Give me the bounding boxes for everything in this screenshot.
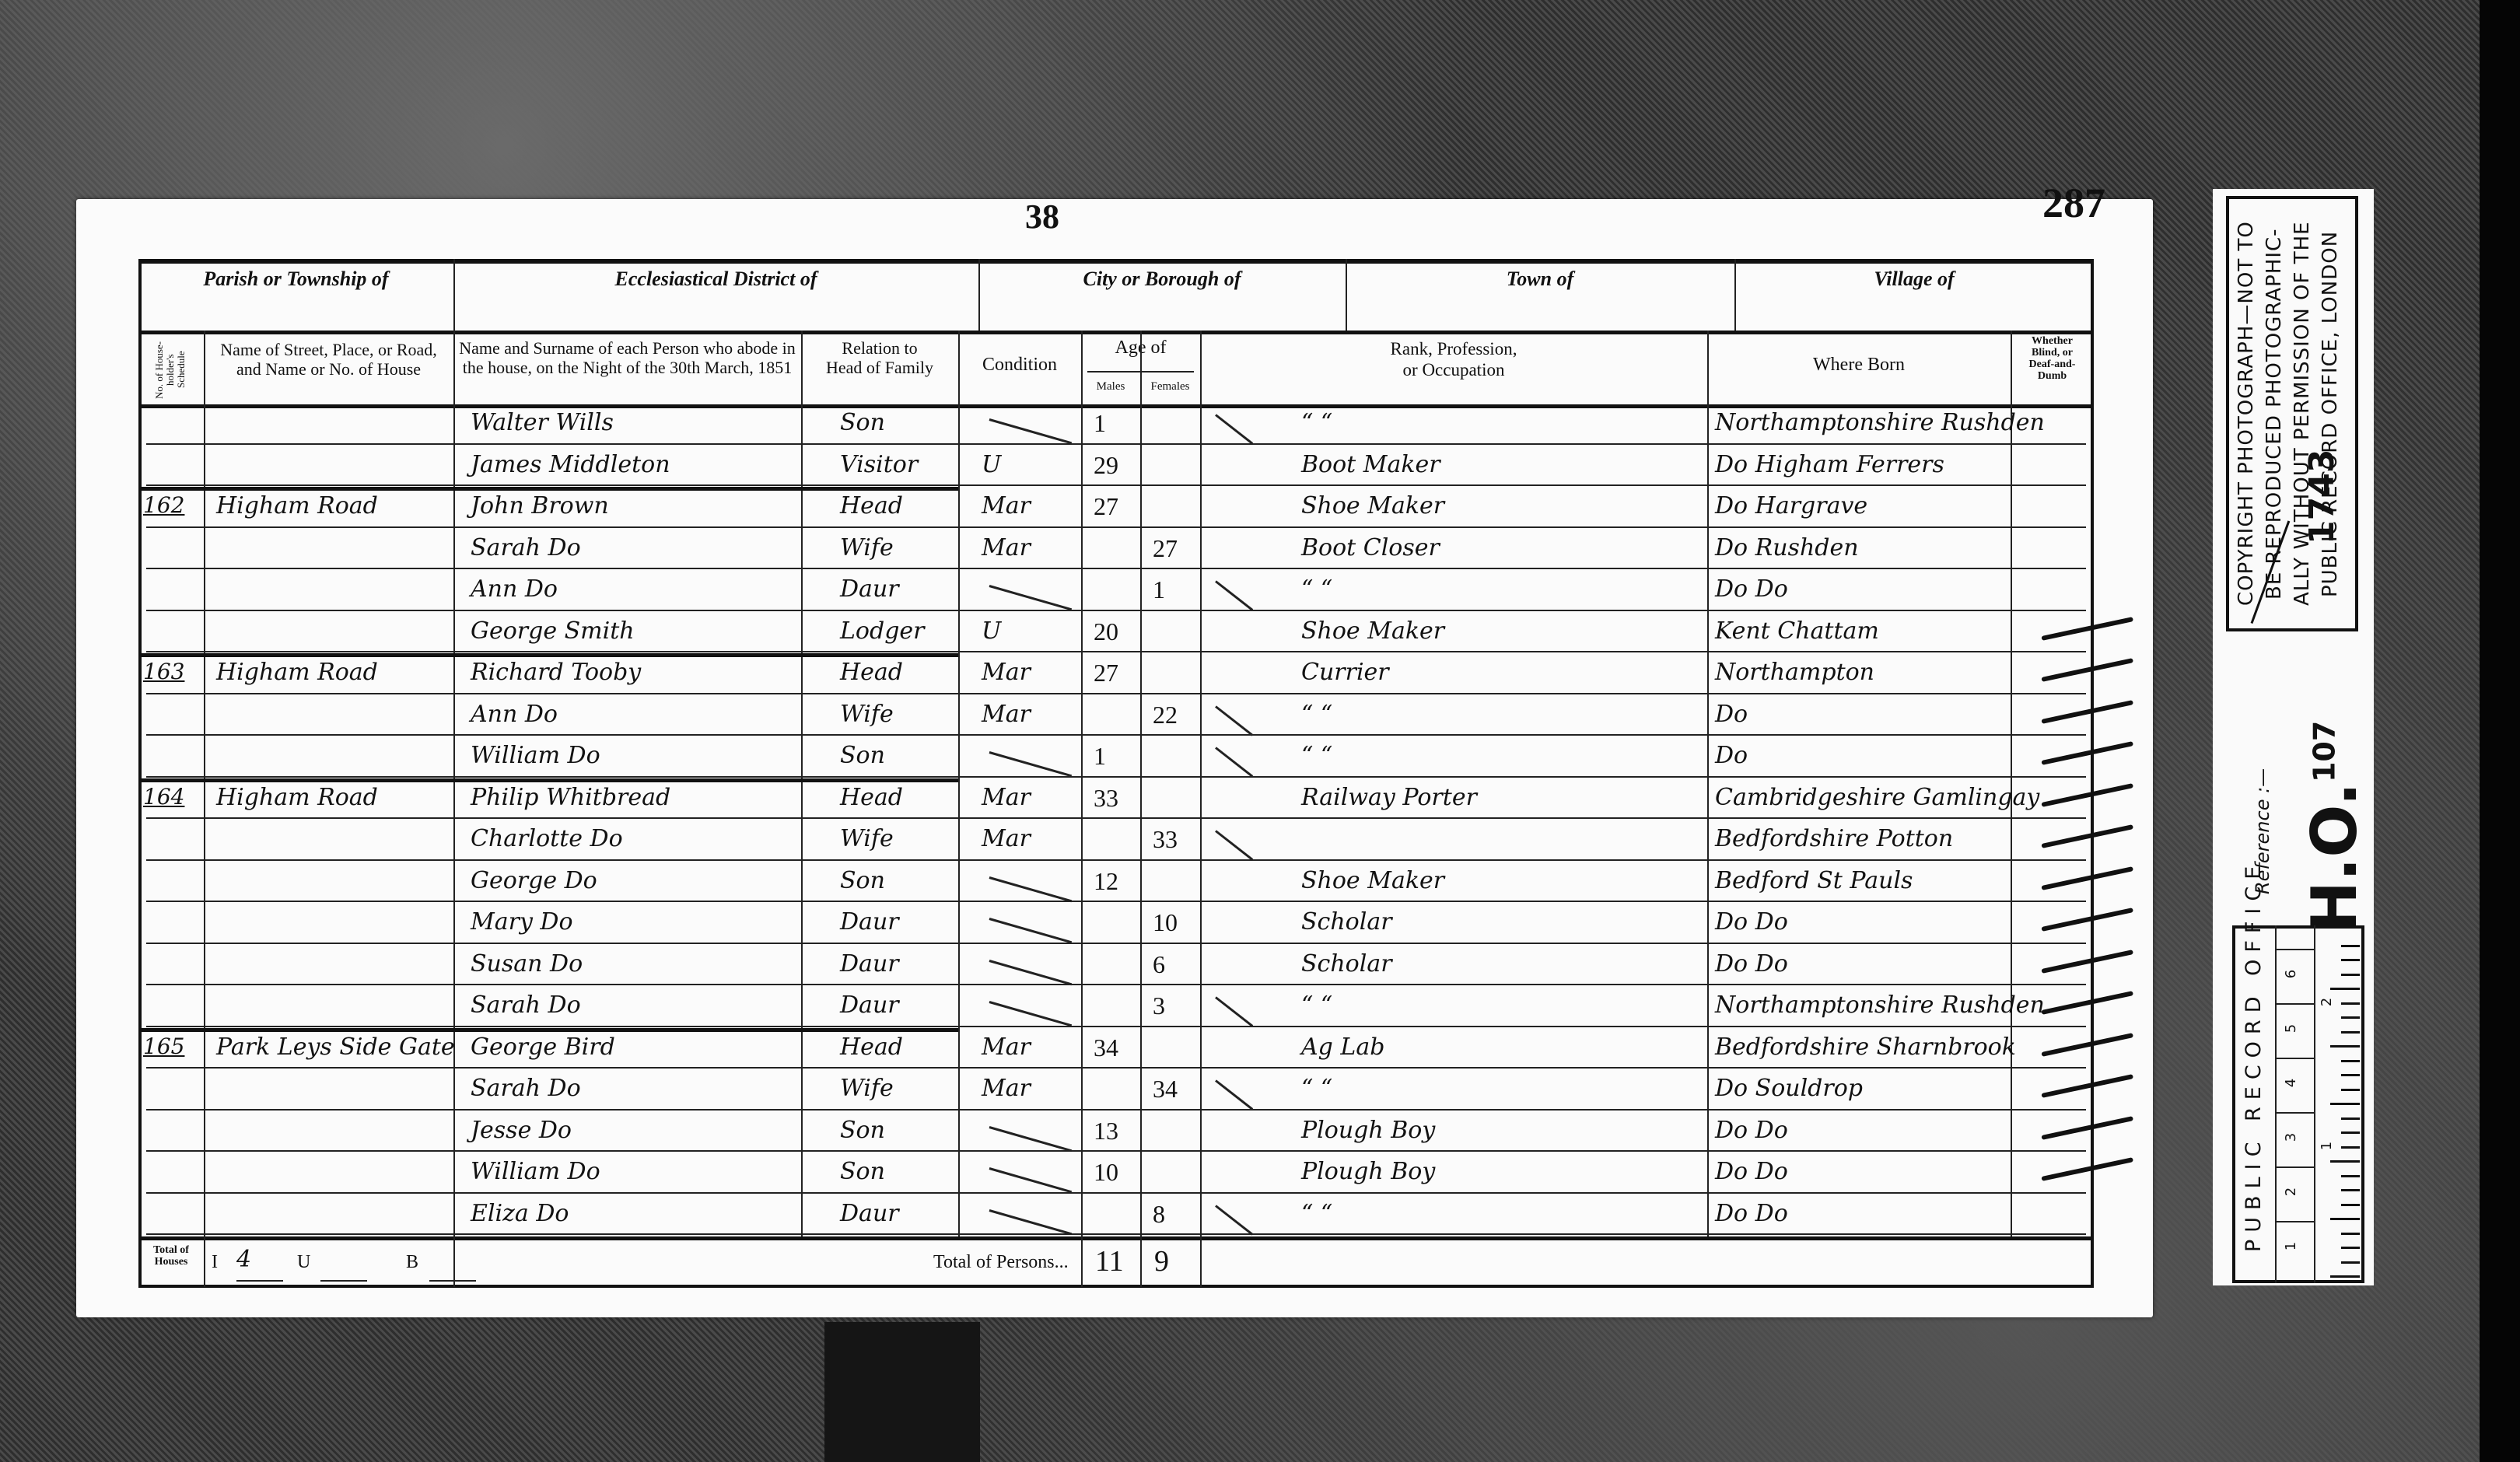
cell-where_born: Do Do xyxy=(1715,575,1788,603)
cell-name: William Do xyxy=(471,742,600,769)
cell-where_born: Do Do xyxy=(1715,950,1788,978)
cell-name: John Brown xyxy=(471,492,609,519)
column-header-occ: Rank, Profession, or Occupation xyxy=(1200,338,1707,380)
ruler-tick xyxy=(2341,1031,2360,1034)
cell-male_age: 13 xyxy=(1094,1117,1118,1145)
cell-name: Philip Whitbread xyxy=(471,784,670,811)
ruler-tick xyxy=(2341,1233,2360,1235)
cell-street: Higham Road xyxy=(216,659,378,686)
cell-where_born: Do Do xyxy=(1715,1158,1788,1185)
folio-number: 38 xyxy=(1025,197,1059,236)
cell-name: Charlotte Do xyxy=(471,825,623,852)
cell-name: Mary Do xyxy=(471,908,573,936)
houses-inhabited-prefix: I xyxy=(212,1252,218,1273)
row-rule xyxy=(146,443,2086,445)
column-header-females: Females xyxy=(1140,380,1200,393)
cell-relation: Daur xyxy=(840,950,899,978)
ruler-cm-line xyxy=(2275,1166,2314,1168)
cell-male_age: 33 xyxy=(1094,784,1118,813)
body-bottom-rule xyxy=(138,1236,2094,1240)
reference-series: 107 xyxy=(2307,721,2341,782)
ruler-tick xyxy=(2341,974,2360,976)
scan-shadow xyxy=(824,1322,980,1462)
column-divider xyxy=(1140,331,1142,1236)
ruler-tick xyxy=(2330,1103,2360,1105)
row-rule xyxy=(146,568,2086,569)
houses-inhabited: 4 xyxy=(236,1246,251,1273)
reference-code: H.O.107 xyxy=(2298,721,2371,933)
row-rule xyxy=(146,526,2086,528)
column-header-name: Name and Surname of each Person who abod… xyxy=(453,338,801,377)
row-rule xyxy=(146,859,2086,861)
column-divider xyxy=(1081,331,1083,1236)
column-divider xyxy=(1200,331,1202,1236)
ruler-tick xyxy=(2341,1204,2360,1206)
cell-where_born: Northamptonshire Rushden xyxy=(1715,992,2045,1019)
column-divider xyxy=(958,331,960,1236)
cell-occupation: Shoe Maker xyxy=(1301,492,1444,519)
ruler-tick xyxy=(2341,1131,2360,1134)
ruler-tick xyxy=(2341,1016,2360,1019)
ruler-tick xyxy=(2341,1074,2360,1076)
row-rule xyxy=(146,1067,2086,1069)
row-rule xyxy=(146,984,2086,985)
row-rule xyxy=(146,943,2086,944)
cell-occupation: “ “ xyxy=(1301,1075,1332,1102)
cell-where_born: Do Higham Ferrers xyxy=(1715,451,1944,478)
cell-where_born: Do Do xyxy=(1715,1200,1788,1227)
cell-condition: Mar xyxy=(982,825,1031,852)
cell-occupation: Railway Porter xyxy=(1301,784,1477,811)
cell-occupation: “ “ xyxy=(1301,575,1332,603)
ruler-tick xyxy=(2341,1261,2360,1264)
cell-where_born: Bedfordshire Potton xyxy=(1715,825,1953,852)
cell-relation: Head xyxy=(840,492,903,519)
cell-female_age: 6 xyxy=(1153,950,1165,979)
admin-header-0: Parish or Township of xyxy=(138,268,453,290)
cell-name: James Middleton xyxy=(471,451,670,478)
ruler-tick xyxy=(2330,1275,2360,1278)
ruler-tick xyxy=(2341,1117,2360,1120)
cell-occupation: Shoe Maker xyxy=(1301,867,1444,894)
cell-male_age: 1 xyxy=(1094,742,1106,771)
cell-name: Ann Do xyxy=(471,701,558,728)
cell-name: George Smith xyxy=(471,617,635,645)
cell-occupation: Boot Maker xyxy=(1301,451,1440,478)
column-divider xyxy=(453,331,455,1236)
cell-where_born: Do Do xyxy=(1715,1117,1788,1144)
column-header-relation: Relation to Head of Family xyxy=(801,338,958,377)
page-number: 287 xyxy=(2042,179,2105,227)
row-rule xyxy=(146,651,2086,652)
cell-occupation: Scholar xyxy=(1301,950,1392,978)
ruler-tick xyxy=(2330,1218,2360,1220)
houses-underline xyxy=(236,1280,283,1282)
cell-occupation: Currier xyxy=(1301,659,1389,686)
ruler-divider xyxy=(2275,925,2277,1283)
cell-male_age: 27 xyxy=(1094,659,1118,687)
ruler-tick xyxy=(2330,1045,2360,1048)
ruler-tick xyxy=(2341,1002,2360,1005)
cell-street: Higham Road xyxy=(216,784,378,811)
cell-name: Sarah Do xyxy=(471,992,581,1019)
cell-name: Sarah Do xyxy=(471,1075,581,1102)
cell-where_born: Cambridgeshire Gamlingay xyxy=(1715,784,2039,811)
cell-relation: Daur xyxy=(840,575,899,603)
cell-street: Higham Road xyxy=(216,492,378,519)
ruler-cm-6: 6 xyxy=(2283,970,2299,978)
cell-name: Jesse Do xyxy=(471,1117,572,1144)
admin-header-4: Village of xyxy=(1734,268,2094,290)
cell-male_age: 27 xyxy=(1094,492,1118,521)
row-rule xyxy=(146,1109,2086,1110)
column-header-born: Where Born xyxy=(1707,354,2011,376)
cell-name: Susan Do xyxy=(471,950,583,978)
cell-schedule: 163 xyxy=(143,659,184,684)
ruler-cm-2: 2 xyxy=(2283,1187,2299,1196)
cell-condition: Mar xyxy=(982,492,1031,519)
cell-schedule: 165 xyxy=(143,1034,184,1059)
cell-condition: Mar xyxy=(982,534,1031,561)
cell-male_age: 29 xyxy=(1094,451,1118,480)
cell-relation: Wife xyxy=(840,825,894,852)
copyright-line: ALLY WITHOUT PERMISSION OF THE xyxy=(2288,204,2316,624)
cell-occupation: “ “ xyxy=(1301,409,1332,436)
cell-where_born: Do Rushden xyxy=(1715,534,1859,561)
row-rule xyxy=(146,901,2086,902)
cell-occupation: “ “ xyxy=(1301,992,1332,1019)
office-label: PUBLIC RECORD OFFICE xyxy=(2242,859,2266,1252)
cell-name: George Bird xyxy=(471,1034,615,1061)
cell-name: Ann Do xyxy=(471,575,558,603)
ruler-in-1: 1 xyxy=(2319,1142,2335,1150)
ruler-cm-line xyxy=(2275,949,2314,950)
cell-relation: Daur xyxy=(840,992,899,1019)
cell-where_born: Do xyxy=(1715,701,1748,728)
admin-header-3: Town of xyxy=(1346,268,1734,290)
cell-male_age: 1 xyxy=(1094,409,1106,438)
cell-name: Eliza Do xyxy=(471,1200,569,1227)
cell-condition: Mar xyxy=(982,701,1031,728)
copyright-notice: COPYRIGHT PHOTOGRAPH—NOT TOBE REPRODUCED… xyxy=(2232,204,2353,624)
row-rule xyxy=(146,776,2086,778)
cell-female_age: 27 xyxy=(1153,534,1178,563)
cell-male_age: 20 xyxy=(1094,617,1118,646)
ruler-tick xyxy=(2341,1060,2360,1062)
ruler-in-2: 2 xyxy=(2319,998,2335,1006)
row-rule xyxy=(146,1026,2086,1027)
admin-band-rule xyxy=(138,331,2094,334)
column-divider xyxy=(801,331,803,1236)
ruler-cm-3: 3 xyxy=(2283,1133,2299,1142)
cell-occupation: “ “ xyxy=(1301,701,1332,728)
cell-where_born: Do Hargrave xyxy=(1715,492,1867,519)
houses-underline xyxy=(320,1280,367,1282)
cell-where_born: Do Do xyxy=(1715,908,1788,936)
cell-condition: U xyxy=(982,451,1001,478)
cell-street: Park Leys Side Gate xyxy=(216,1034,455,1061)
row-rule xyxy=(146,1233,2086,1235)
column-header-sched: No. of House-holder's Schedule xyxy=(154,337,185,403)
row-rule xyxy=(146,610,2086,611)
ruler-tick xyxy=(2341,1146,2360,1149)
total-persons-label: Total of Persons... xyxy=(933,1252,1069,1273)
totals-divider xyxy=(204,1236,205,1287)
ruler-cm-line xyxy=(2275,1003,2314,1005)
cell-relation: Daur xyxy=(840,908,899,936)
column-header-males: Males xyxy=(1081,380,1140,393)
ruler-cm-line xyxy=(2275,1058,2314,1059)
column-header-condition: Condition xyxy=(958,354,1081,376)
ruler-divider xyxy=(2314,925,2315,1283)
cell-condition: U xyxy=(982,617,1001,645)
ruler-tick xyxy=(2341,1189,2360,1191)
cell-occupation: “ “ xyxy=(1301,742,1332,769)
scan-edge xyxy=(2480,0,2520,1462)
totals-divider xyxy=(1140,1236,1142,1287)
cell-where_born: Do xyxy=(1715,742,1748,769)
ruler-tick xyxy=(2330,988,2360,990)
houses-underline xyxy=(429,1280,476,1282)
admin-divider xyxy=(1734,259,1736,331)
cell-name: Walter Wills xyxy=(471,409,614,436)
cell-schedule: 162 xyxy=(143,492,184,518)
column-header-blind: Whether Blind, or Deaf-and-Dumb xyxy=(2011,335,2094,382)
cell-female_age: 3 xyxy=(1153,992,1165,1020)
cell-occupation: Plough Boy xyxy=(1301,1117,1435,1144)
cell-relation: Head xyxy=(840,784,903,811)
column-header-street: Name of Street, Place, or Road, and Name… xyxy=(204,340,453,379)
reference-code-text: H.O. xyxy=(2298,782,2371,933)
copyright-line: PUBLIC RECORD OFFICE, LONDON xyxy=(2316,204,2344,624)
total-houses-label: Total of Houses xyxy=(142,1244,201,1268)
cell-condition: Mar xyxy=(982,659,1031,686)
total-females: 9 xyxy=(1154,1244,1169,1278)
ruler-cm-line xyxy=(2275,1112,2314,1114)
cell-female_age: 34 xyxy=(1153,1075,1178,1103)
cell-relation: Lodger xyxy=(840,617,925,645)
cell-relation: Wife xyxy=(840,1075,894,1102)
household-divider xyxy=(138,778,958,782)
cell-female_age: 8 xyxy=(1153,1200,1165,1229)
row-rule xyxy=(146,734,2086,736)
cell-relation: Head xyxy=(840,1034,903,1061)
cell-where_born: Northamptonshire Rushden xyxy=(1715,409,2045,436)
cell-relation: Son xyxy=(840,1158,885,1185)
cell-relation: Wife xyxy=(840,701,894,728)
cell-where_born: Bedfordshire Sharnbrook xyxy=(1715,1034,2016,1061)
cell-condition: Mar xyxy=(982,784,1031,811)
cell-relation: Wife xyxy=(840,534,894,561)
cell-female_age: 33 xyxy=(1153,825,1178,854)
ruler-cm-4: 4 xyxy=(2283,1079,2299,1087)
cell-where_born: Northampton xyxy=(1715,659,1874,686)
cell-occupation: Ag Lab xyxy=(1301,1034,1384,1061)
totals-divider xyxy=(1081,1236,1083,1287)
ruler-tick xyxy=(2341,1089,2360,1091)
row-rule xyxy=(146,1150,2086,1152)
admin-divider xyxy=(978,259,980,331)
column-divider xyxy=(204,331,205,1236)
totals-divider xyxy=(1200,1236,1202,1287)
cell-condition: Mar xyxy=(982,1034,1031,1061)
cell-male_age: 34 xyxy=(1094,1034,1118,1062)
houses-building-prefix: B xyxy=(406,1252,418,1273)
cell-schedule: 164 xyxy=(143,784,184,810)
ruler-tick xyxy=(2341,1247,2360,1249)
ruler-tick xyxy=(2330,1160,2360,1163)
cell-name: Richard Tooby xyxy=(471,659,641,686)
cell-occupation: Shoe Maker xyxy=(1301,617,1444,645)
cell-relation: Son xyxy=(840,867,885,894)
cell-name: Sarah Do xyxy=(471,534,581,561)
admin-divider xyxy=(453,259,455,331)
cell-occupation: “ “ xyxy=(1301,1200,1332,1227)
household-divider xyxy=(138,653,958,657)
cell-occupation: Boot Closer xyxy=(1301,534,1440,561)
row-rule xyxy=(146,817,2086,819)
ruler-tick xyxy=(2341,1175,2360,1177)
ruler-cm-line xyxy=(2275,1221,2314,1222)
piece-number: 1743 xyxy=(2302,449,2342,544)
admin-header-2: City or Borough of xyxy=(978,268,1346,290)
total-males: 11 xyxy=(1095,1244,1124,1278)
row-rule xyxy=(146,484,2086,486)
cell-female_age: 10 xyxy=(1153,908,1178,937)
cell-relation: Daur xyxy=(840,1200,899,1227)
cell-where_born: Bedford St Pauls xyxy=(1715,867,1913,894)
cell-relation: Head xyxy=(840,659,903,686)
cell-occupation: Scholar xyxy=(1301,908,1392,936)
cell-name: George Do xyxy=(471,867,597,894)
cell-where_born: Do Souldrop xyxy=(1715,1075,1863,1102)
row-rule xyxy=(146,693,2086,694)
copyright-line: COPYRIGHT PHOTOGRAPH—NOT TO xyxy=(2232,204,2260,624)
cell-where_born: Kent Chattam xyxy=(1715,617,1879,645)
cell-female_age: 1 xyxy=(1153,575,1165,604)
cell-relation: Son xyxy=(840,1117,885,1144)
cell-occupation: Plough Boy xyxy=(1301,1158,1435,1185)
column-divider xyxy=(1707,331,1709,1236)
cell-relation: Son xyxy=(840,409,885,436)
cell-relation: Son xyxy=(840,742,885,769)
ruler-tick xyxy=(2341,945,2360,947)
household-divider xyxy=(138,487,958,491)
cell-male_age: 10 xyxy=(1094,1158,1118,1187)
houses-uninhabited-prefix: U xyxy=(297,1252,310,1273)
admin-header-1: Ecclesiastical District of xyxy=(453,268,978,290)
cell-condition: Mar xyxy=(982,1075,1031,1102)
household-divider xyxy=(138,1028,958,1032)
cell-female_age: 22 xyxy=(1153,701,1178,729)
cell-male_age: 12 xyxy=(1094,867,1118,896)
ruler-cm-1: 1 xyxy=(2283,1242,2299,1250)
ruler-tick xyxy=(2341,959,2360,961)
cell-name: William Do xyxy=(471,1158,600,1185)
admin-divider xyxy=(1346,259,1347,331)
cell-relation: Visitor xyxy=(840,451,918,478)
ruler-cm-5: 5 xyxy=(2283,1024,2299,1033)
header-rule xyxy=(138,404,2094,408)
row-rule xyxy=(146,1192,2086,1194)
